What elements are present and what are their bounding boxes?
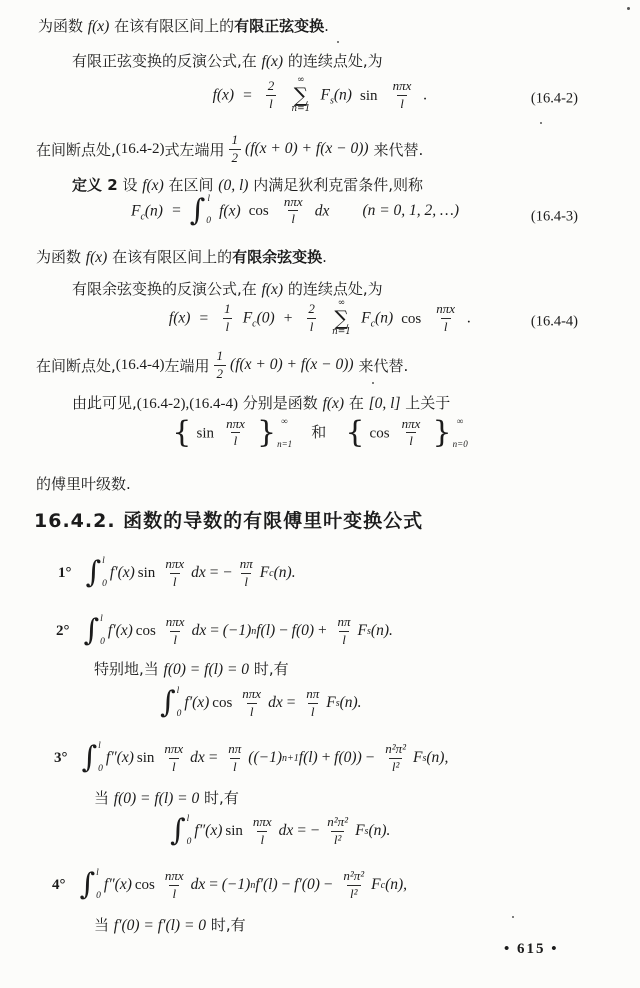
fraction-denominator: l — [170, 573, 180, 590]
plus-sign: + — [317, 622, 327, 640]
integral-limits: l0 — [96, 869, 101, 901]
scan-speck — [512, 916, 514, 918]
integral: ∫l0 — [82, 742, 103, 774]
sum-sign: ∑ — [294, 85, 308, 105]
integral-limits: l0 — [177, 687, 182, 719]
math-fx: f(x) — [323, 395, 345, 412]
fraction-numerator: nπx — [163, 614, 188, 630]
period: . — [358, 694, 362, 712]
sum-sign: ∑ — [334, 308, 348, 328]
bold-term-finite-cosine-transform: 有限余弦变换 — [232, 248, 322, 266]
section-heading-16-4-2: 16.4.2. 函数的导数的有限傅里叶变换公式 — [34, 506, 423, 533]
equation-refs: (16.4-2),(16.4-4) — [137, 396, 238, 412]
math-fx: f(x) — [213, 87, 235, 104]
sum-lower-limit: n=1 — [332, 328, 351, 337]
minus-sign: − — [365, 749, 375, 767]
fraction-denominator: l — [241, 573, 251, 590]
fraction: n²π²l² — [340, 868, 367, 902]
paragraph-fourier-series: 的傅里叶级数. — [36, 473, 131, 494]
math-fx: f(x) — [86, 249, 108, 266]
fraction-numerator: nπx — [390, 78, 415, 94]
formula-16-4-3: Fc(n) = ∫l0 f(x) cos nπxl dx (n = 0, 1, … — [0, 194, 640, 240]
math-neg-one: (−1) — [253, 749, 282, 767]
definition-label: 定义 2 — [72, 176, 118, 194]
cos-function: cos — [249, 203, 269, 219]
fraction-numerator: nπx — [162, 556, 187, 572]
integral: ∫l0 — [84, 615, 105, 647]
paragraph-cosine-transform-def: 为函数 f(x) 在该有限区间上的有限余弦变换. — [36, 246, 327, 267]
integral-sign: ∫ — [170, 816, 186, 846]
fraction: 2l — [265, 78, 278, 112]
period: . — [387, 822, 391, 840]
text-run: 在间断点处, — [36, 355, 116, 376]
math-f-prime-l: f′(l) — [255, 876, 277, 894]
text-run: 式左端用 — [165, 139, 225, 160]
equation-tag: (16.4-4) — [531, 314, 578, 331]
fraction: nπl — [225, 741, 244, 775]
paragraph-discontinuity-16-4-2: 在间断点处,(16.4-2)式左端用 12 (f(x + 0) + f(x − … — [36, 130, 423, 168]
text-run: 在该有限区间上的 — [107, 248, 232, 266]
fraction-denominator: l — [266, 95, 276, 112]
math-dx: dx — [191, 564, 206, 582]
text-run: 为函数 — [36, 248, 86, 266]
fraction-numerator: 1 — [221, 301, 234, 317]
comma: , — [403, 876, 407, 894]
set-lower-limit: n=0 — [453, 440, 468, 449]
boundary-condition: f(0) = f(l) = 0 — [164, 661, 250, 678]
paragraph-special-case-1: 特别地,当 f(0) = f(l) = 0 时,有 — [94, 658, 289, 679]
math-arg-n: (n) — [274, 564, 292, 582]
text-run: 分别是函数 — [238, 394, 323, 412]
integral-upper-limit: l — [187, 815, 192, 825]
right-paren: ) — [357, 749, 362, 767]
math-dx: dx — [268, 694, 283, 712]
math-f-prime-0: f′(0) — [294, 876, 320, 894]
integral: ∫l0 — [190, 195, 211, 227]
math-F: F — [355, 822, 364, 840]
math-dx: dx — [191, 876, 206, 894]
math-neg-one: (−1) — [223, 622, 252, 640]
fraction-numerator: nπx — [161, 741, 186, 757]
minus-sign: − — [323, 876, 333, 894]
right-brace: } — [257, 415, 276, 450]
right-brace: } — [433, 415, 452, 450]
fraction: nπxl — [390, 78, 415, 112]
integral-limits: l0 — [187, 815, 192, 847]
integral-lower-limit: 0 — [98, 765, 103, 775]
fraction-numerator: n²π² — [324, 814, 351, 830]
fraction: nπxl — [162, 868, 187, 902]
math-arg-n: (n) — [340, 694, 358, 712]
item-number-4: 4° — [52, 877, 66, 894]
integral-upper-limit: l — [98, 742, 103, 752]
period: . — [292, 564, 296, 582]
fraction-numerator: nπx — [162, 868, 187, 884]
integral-lower-limit: 0 — [100, 638, 105, 648]
math-f-double-prime-x: f″(x) — [106, 749, 134, 767]
minus-sign: − — [310, 822, 320, 840]
fraction: nπl — [237, 556, 256, 590]
formula-special-case-2: ∫l0 f″(x) sin nπxl dx = − n²π²l² Fs(n). — [170, 810, 390, 852]
math-F: F — [321, 87, 330, 104]
math-dx: dx — [279, 822, 294, 840]
equals-sign: = — [296, 822, 306, 840]
cos-function: cos — [370, 425, 390, 441]
equals-sign: = — [171, 202, 181, 219]
fraction: nπxl — [239, 686, 264, 720]
fraction: nπxl — [250, 814, 275, 848]
section-title: 16.4.2. 函数的导数的有限傅里叶变换公式 — [34, 510, 423, 532]
fraction-denominator: l — [308, 703, 318, 720]
left-brace: { — [345, 415, 364, 450]
integral-limits: l0 — [100, 615, 105, 647]
math-f-double-prime-x: f″(x) — [194, 822, 222, 840]
integral: ∫l0 — [86, 557, 107, 589]
math-f-0: f(0) — [334, 749, 356, 767]
text-run: 的连续点处,为 — [283, 280, 383, 298]
scan-speck — [372, 382, 374, 384]
fraction: nπxl — [399, 416, 424, 450]
math-fx: f(x) — [262, 281, 284, 298]
cos-function: cos — [135, 877, 155, 894]
integral-sign: ∫ — [82, 743, 98, 773]
math-fx: f(x) — [262, 53, 284, 70]
superscript-n-plus-1: n+1 — [282, 753, 299, 764]
fraction: nπxl — [161, 741, 186, 775]
text-run: 为函数 — [38, 17, 88, 35]
fraction-numerator: nπ — [303, 686, 322, 702]
math-F: F — [358, 622, 367, 640]
math-dx: dx — [315, 202, 330, 219]
paragraph-definition-2: 定义 2 设 f(x) 在区间 (0, l) 内满足狄利克雷条件,则称 — [72, 174, 423, 195]
integral-upper-limit: l — [102, 557, 107, 567]
equals-sign: = — [286, 694, 296, 712]
text-run: 有限正弦变换的反演公式,在 — [72, 52, 262, 70]
text-run: 当 — [94, 916, 114, 934]
integral-lower-limit: 0 — [102, 580, 107, 590]
text-run: 时,有 — [199, 789, 239, 807]
scan-speck — [337, 41, 339, 43]
fraction-denominator: l — [223, 318, 233, 335]
item-number-3: 3° — [54, 750, 68, 767]
scan-speck — [627, 7, 630, 10]
integral: ∫l0 — [160, 687, 181, 719]
integral-limits: l0 — [206, 195, 211, 227]
formula-special-case-1: ∫l0 f′(x) cos nπxl dx = nπl Fs(n). — [160, 682, 362, 724]
text-run: 在该有限区间上的 — [109, 17, 234, 35]
text-run: 的连续点处,为 — [283, 52, 383, 70]
text-run: 设 — [118, 176, 143, 194]
equals-sign: = — [199, 310, 209, 327]
math-arg-n: (n) — [368, 822, 386, 840]
math-f-prime-x: f′(x) — [110, 564, 135, 582]
paragraph-special-case-3: 当 f′(0) = f′(l) = 0 时,有 — [94, 914, 246, 935]
formula-16-4-4: f(x) = 1l Fc(0) + 2l ∞∑n=1 Fc(n) cos nπx… — [0, 299, 640, 345]
equation-ref: (16.4-4) — [116, 357, 165, 374]
fraction-denominator: l — [169, 758, 179, 775]
text-run: 内满足狄利克雷条件,则称 — [248, 176, 423, 194]
math-f-prime-x: f′(x) — [108, 622, 133, 640]
formula-item-2: 2° ∫l0 f′(x) cos nπxl dx = (−1)nf(l) − f… — [56, 610, 393, 652]
fraction-one-half: 12 — [214, 348, 227, 382]
paragraph-sine-transform-def: 为函数 f(x) 在该有限区间上的有限正弦变换. — [38, 15, 329, 36]
fraction-numerator: 1 — [229, 132, 242, 148]
fraction-denominator: l² — [331, 831, 345, 848]
fraction: nπl — [335, 614, 354, 648]
equals-sign: = — [208, 876, 218, 894]
fraction-denominator: l — [288, 210, 298, 227]
fraction-numerator: nπ — [225, 741, 244, 757]
period: . — [389, 622, 393, 640]
paragraph-conclusion: 由此可见,(16.4-2),(16.4-4) 分别是函数 f(x) 在 [0, … — [72, 392, 450, 413]
math-f-0: f(0) — [292, 622, 314, 640]
integral: ∫l0 — [170, 815, 191, 847]
text-run: 当 — [94, 789, 114, 807]
minus-sign: − — [281, 876, 291, 894]
fraction: nπxl — [223, 416, 248, 450]
fraction: n²π²l² — [382, 741, 409, 775]
fraction-numerator: nπx — [433, 301, 458, 317]
math-dx: dx — [190, 749, 205, 767]
minus-sign: − — [278, 622, 288, 640]
math-fx: f(x) — [88, 18, 110, 35]
math-arg-0: (0) — [257, 310, 275, 327]
fraction-denominator: l — [230, 758, 240, 775]
plus-sign: + — [321, 749, 331, 767]
fraction-denominator: l² — [389, 758, 403, 775]
math-fx: f(x) — [142, 177, 164, 194]
fraction-denominator: l — [247, 703, 257, 720]
integral-limits: l0 — [98, 742, 103, 774]
fraction-one-half: 12 — [229, 132, 242, 166]
fraction-denominator: l — [339, 631, 349, 648]
integral-sign: ∫ — [190, 196, 206, 226]
math-expression: (f(x + 0) + f(x − 0)) — [245, 140, 368, 158]
fraction-denominator: 2 — [214, 365, 227, 382]
text-run: . — [322, 248, 327, 266]
fraction: 1l — [221, 301, 234, 335]
sum-lower-limit: n=1 — [291, 105, 310, 114]
integral-lower-limit: 0 — [177, 710, 182, 720]
fraction-numerator: nπ — [237, 556, 256, 572]
text-run: 由此可见, — [72, 394, 137, 412]
equals-sign: = — [208, 749, 218, 767]
set-limits: ∞n=0 — [453, 417, 468, 449]
math-arg-n: (n) — [145, 202, 163, 219]
text-run: 上关于 — [401, 394, 451, 412]
page-number: • 615 • — [504, 941, 559, 958]
fraction-numerator: nπx — [223, 416, 248, 432]
fraction-denominator: 2 — [229, 149, 242, 166]
fraction-numerator: nπx — [250, 814, 275, 830]
text-run: 的傅里叶级数. — [36, 475, 131, 493]
math-f-l: f(l) — [299, 749, 318, 767]
set-lower-limit: n=1 — [277, 440, 292, 449]
plus-sign: + — [283, 310, 293, 327]
equation-tag: (16.4-3) — [531, 209, 578, 226]
math-arg-n: (n) — [426, 749, 444, 767]
text-run: 来代替. — [359, 355, 409, 376]
text-run: . — [324, 17, 329, 35]
fraction-numerator: 2 — [265, 78, 278, 94]
text-run: 特别地,当 — [94, 660, 164, 678]
text-run: 在 — [344, 394, 369, 412]
text-run: 在间断点处, — [36, 139, 116, 160]
math-F: F — [361, 310, 370, 327]
cos-function: cos — [401, 311, 421, 327]
fraction: nπxl — [163, 614, 188, 648]
fraction-denominator: l — [257, 831, 267, 848]
text-run: 时,有 — [206, 916, 246, 934]
scanned-textbook-page: 为函数 f(x) 在该有限区间上的有限正弦变换. 有限正弦变换的反演公式,在 f… — [0, 0, 640, 988]
integral: ∫l0 — [80, 869, 101, 901]
math-interval: [0, l] — [369, 395, 401, 412]
text-run: 来代替. — [374, 139, 424, 160]
paragraph-cosine-inversion-intro: 有限余弦变换的反演公式,在 f(x) 的连续点处,为 — [72, 278, 383, 299]
and-word: 和 — [311, 423, 326, 441]
text-run: 左端用 — [165, 355, 210, 376]
math-F: F — [260, 564, 269, 582]
text-run: 时,有 — [249, 660, 289, 678]
math-expression: (f(x + 0) + f(x − 0)) — [230, 356, 353, 374]
fraction-numerator: nπx — [281, 194, 306, 210]
formula-item-3: 3° ∫l0 f″(x) sin nπxl dx = nπl ((−1)n+1f… — [54, 737, 448, 779]
math-F: F — [243, 310, 252, 327]
sin-function: sin — [138, 565, 156, 582]
integral-sign: ∫ — [86, 558, 102, 588]
math-arg-n: (n) — [371, 622, 389, 640]
boundary-condition: f(0) = f(l) = 0 — [114, 790, 200, 807]
period: . — [467, 310, 471, 327]
fraction: nπl — [303, 686, 322, 720]
fraction-numerator: nπ — [335, 614, 354, 630]
integral-lower-limit: 0 — [187, 838, 192, 848]
fraction-denominator: l — [441, 318, 451, 335]
cos-function: cos — [212, 695, 232, 712]
sin-function: sin — [360, 88, 378, 104]
summation: ∞∑n=1 — [291, 76, 310, 114]
fraction-numerator: n²π² — [340, 868, 367, 884]
integral-sign: ∫ — [84, 616, 100, 646]
fraction-denominator: l — [231, 432, 241, 449]
minus-sign: − — [222, 564, 232, 582]
math-fx: f(x) — [219, 202, 241, 219]
period: . — [424, 87, 428, 104]
math-F: F — [413, 749, 422, 767]
equals-sign: = — [242, 87, 252, 104]
equals-sign: = — [209, 622, 219, 640]
integral-sign: ∫ — [160, 688, 176, 718]
set-limits: ∞n=1 — [277, 417, 292, 449]
formula-basis-sets: { sin nπxl }∞n=1 和 { cos nπxl }∞n=0 — [0, 416, 640, 460]
fraction: 2l — [305, 301, 318, 335]
formula-item-4: 4° ∫l0 f″(x) cos nπxl dx = (−1)nf′(l) − … — [52, 864, 407, 906]
math-f-double-prime-x: f″(x) — [104, 876, 132, 894]
fraction-numerator: nπx — [399, 416, 424, 432]
fraction-denominator: l — [406, 432, 416, 449]
sin-function: sin — [225, 823, 243, 840]
fraction-numerator: 1 — [214, 348, 227, 364]
text-run: 有限余弦变换的反演公式,在 — [72, 280, 262, 298]
equation-tag: (16.4-2) — [531, 91, 578, 108]
math-interval: (0, l) — [218, 177, 248, 194]
math-f-prime-x: f′(x) — [184, 694, 209, 712]
integral-upper-limit: l — [100, 615, 105, 625]
item-number-2: 2° — [56, 623, 70, 640]
fraction-denominator: l — [307, 318, 317, 335]
integral-sign: ∫ — [80, 870, 96, 900]
item-number-1: 1° — [58, 565, 72, 582]
equals-sign: = — [209, 564, 219, 582]
math-arg-n: (n) — [385, 876, 403, 894]
math-f-l: f(l) — [256, 622, 275, 640]
sin-function: sin — [137, 750, 155, 767]
fraction-denominator: l² — [347, 885, 361, 902]
fraction-numerator: 2 — [305, 301, 318, 317]
formula-16-4-2: f(x) = 2l ∞∑n=1 Fs(n) sin nπxl . (16.4-2… — [0, 76, 640, 122]
bold-term-finite-sine-transform: 有限正弦变换 — [234, 17, 324, 35]
cos-function: cos — [136, 623, 156, 640]
math-dx: dx — [192, 622, 207, 640]
fraction: n²π²l² — [324, 814, 351, 848]
integral-lower-limit: 0 — [96, 892, 101, 902]
fraction-denominator: l — [169, 885, 179, 902]
fraction-numerator: n²π² — [382, 741, 409, 757]
math-F: F — [371, 876, 380, 894]
formula-item-1: 1° ∫l0 f′(x) sin nπxl dx = − nπl Fc(n). — [58, 552, 296, 594]
left-brace: { — [172, 415, 191, 450]
paragraph-discontinuity-16-4-4: 在间断点处,(16.4-4) 左端用 12 (f(x + 0) + f(x − … — [36, 346, 408, 384]
comma: , — [444, 749, 448, 767]
fraction-denominator: l — [170, 631, 180, 648]
set-upper-limit: ∞ — [453, 417, 468, 426]
math-arg-n: (n) — [334, 87, 352, 104]
math-neg-one: (−1) — [222, 876, 251, 894]
boundary-condition: f′(0) = f′(l) = 0 — [114, 917, 206, 934]
fraction: nπxl — [433, 301, 458, 335]
integral-limits: l0 — [102, 557, 107, 589]
integral-upper-limit: l — [177, 687, 182, 697]
equation-ref: (16.4-2) — [116, 141, 165, 158]
fraction-denominator: l — [397, 95, 407, 112]
sin-function: sin — [196, 425, 214, 441]
summation: ∞∑n=1 — [332, 299, 351, 337]
scan-speck — [540, 122, 542, 124]
paragraph-special-case-2: 当 f(0) = f(l) = 0 时,有 — [94, 787, 239, 808]
integral-lower-limit: 0 — [206, 217, 211, 227]
math-F: F — [326, 694, 335, 712]
math-fx: f(x) — [169, 310, 191, 327]
fraction: nπxl — [162, 556, 187, 590]
index-condition: (n = 0, 1, 2, …) — [362, 202, 459, 219]
paragraph-sine-inversion-intro: 有限正弦变换的反演公式,在 f(x) 的连续点处,为 — [72, 50, 383, 71]
fraction-numerator: nπx — [239, 686, 264, 702]
fraction: nπxl — [281, 194, 306, 228]
page-number-text: • 615 • — [504, 941, 559, 957]
text-run: 在区间 — [164, 176, 219, 194]
integral-upper-limit: l — [206, 195, 211, 205]
integral-upper-limit: l — [96, 869, 101, 879]
math-arg-n: (n) — [375, 310, 393, 327]
set-upper-limit: ∞ — [277, 417, 292, 426]
